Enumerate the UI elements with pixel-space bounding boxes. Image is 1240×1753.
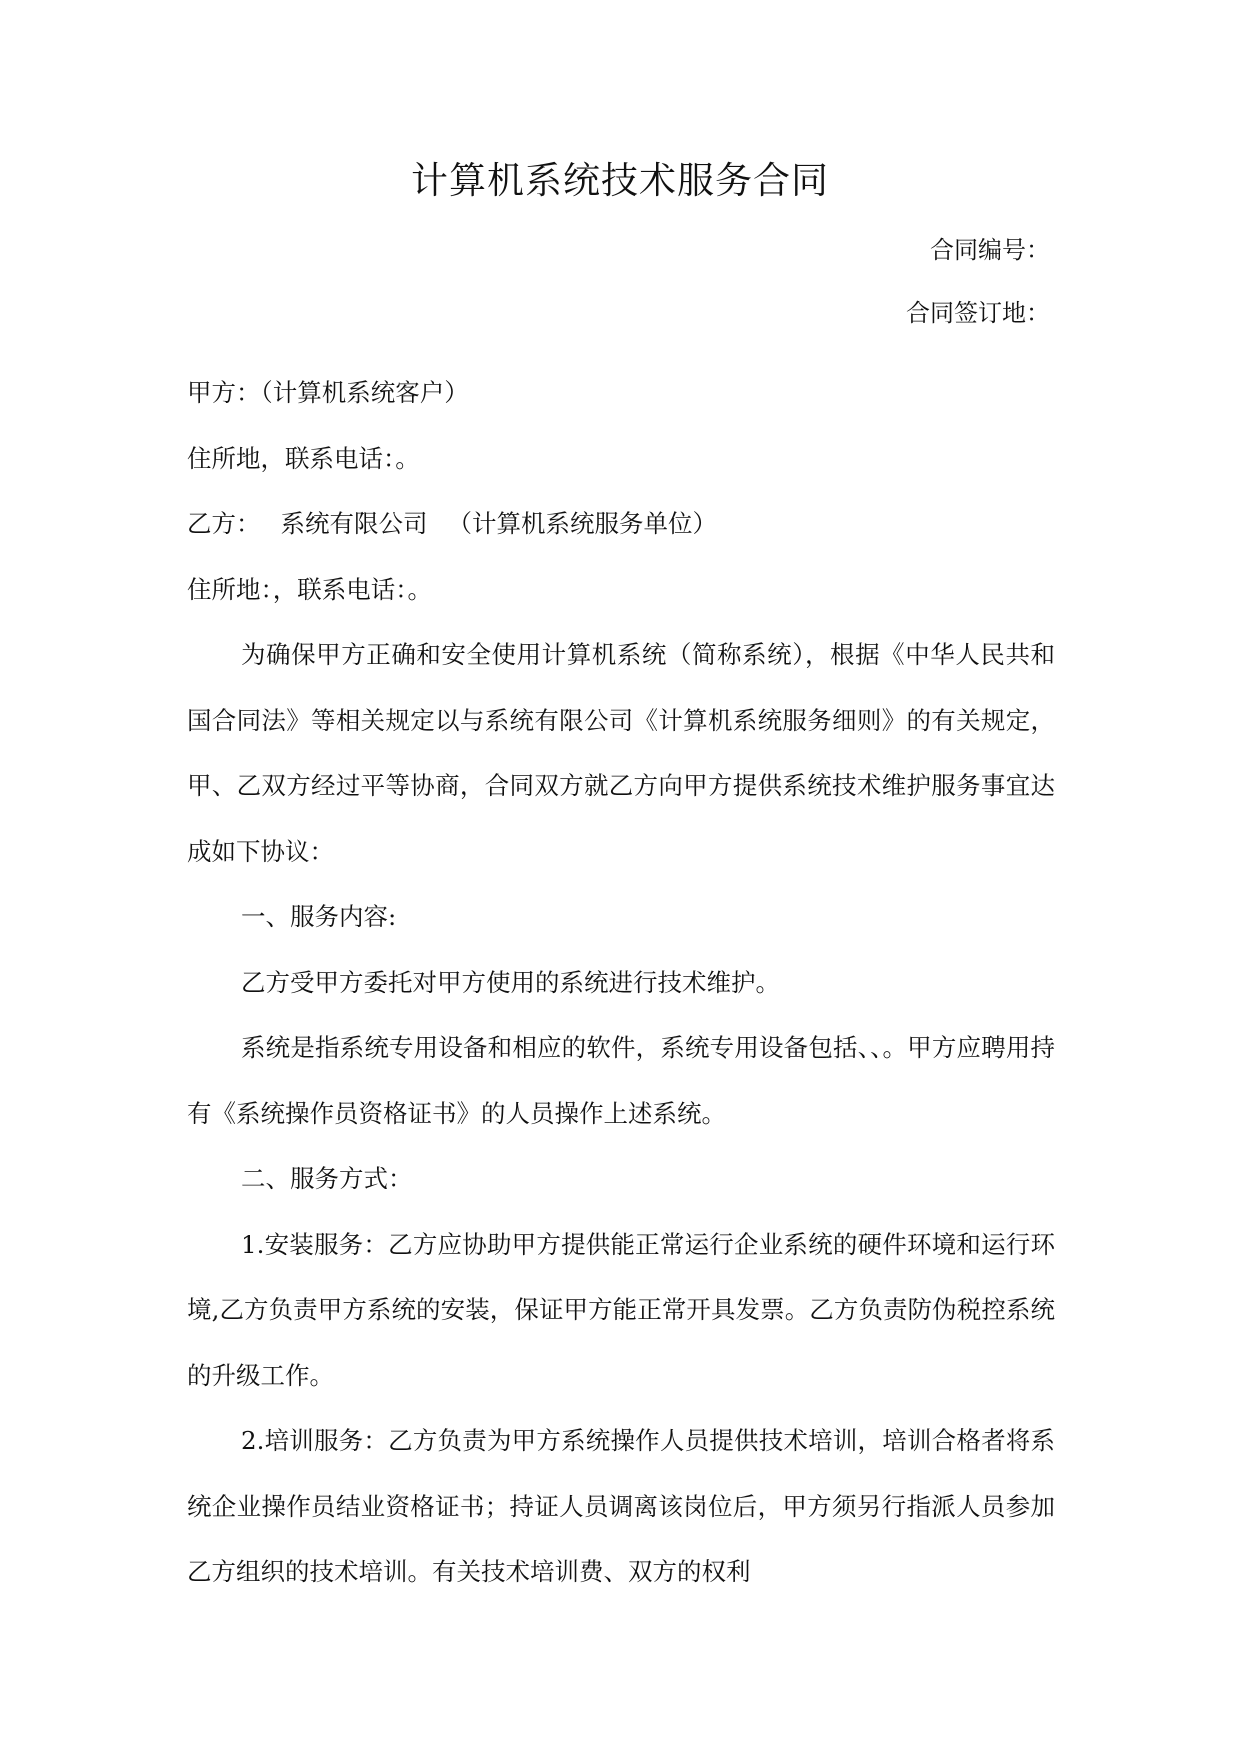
party-b-name: 系统有限公司 (281, 509, 428, 538)
section-2-paragraph-1: 1.安装服务：乙方应协助甲方提供能正常运行企业系统的硬件环境和运行环境,乙方负责… (187, 1212, 1055, 1409)
document-body: 甲方：（计算机系统客户） 住所地，联系电话：。 乙方：系统有限公司（计算机系统服… (187, 360, 1055, 1605)
contract-number-label: 合同编号： (930, 230, 1050, 265)
contract-place-label: 合同签订地： (906, 293, 1050, 328)
preamble-paragraph: 为确保甲方正确和安全使用计算机系统（简称系统），根据《中华人民共和国合同法》等相… (187, 622, 1055, 884)
party-b-address: 住所地：，联系电话：。 (187, 557, 1055, 623)
section-heading-service-method: 二、服务方式： (187, 1146, 1055, 1212)
section-1-paragraph-1: 乙方受甲方委托对甲方使用的系统进行技术维护。 (187, 950, 1055, 1016)
document-page: 计算机系统技术服务合同 合同编号： 合同签订地： 甲方：（计算机系统客户） 住所… (0, 0, 1240, 1753)
party-a-note: （计算机系统客户） (261, 378, 469, 407)
party-a-address: 住所地，联系电话：。 (187, 426, 1055, 492)
section-heading-service-content: 一、服务内容: (187, 884, 1055, 950)
party-a-line: 甲方：（计算机系统客户） (187, 360, 1055, 426)
party-b-line: 乙方：系统有限公司（计算机系统服务单位） (187, 491, 1055, 557)
section-1-paragraph-2: 系统是指系统专用设备和相应的软件，系统专用设备包括、、。甲方应聘用持有《系统操作… (187, 1015, 1055, 1146)
section-2-paragraph-2: 2.培训服务：乙方负责为甲方系统操作人员提供技术培训，培训合格者将系统企业操作员… (187, 1408, 1055, 1605)
party-b-label: 乙方： (187, 509, 261, 538)
document-title: 计算机系统技术服务合同 (0, 150, 1240, 204)
party-a-label: 甲方： (187, 378, 261, 407)
party-b-note: （计算机系统服务单位） (448, 509, 718, 538)
